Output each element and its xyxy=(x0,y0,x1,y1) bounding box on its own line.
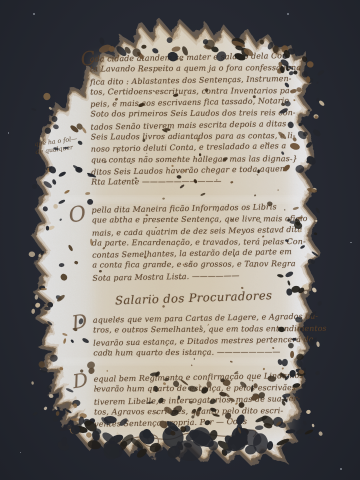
paragraph-1: C ada cidade atandem se mater e salario … xyxy=(90,51,302,189)
paragraph-4: D equal bem Regimento e confirmação que … xyxy=(94,370,305,429)
flourished-initial: D xyxy=(70,310,88,334)
margin-note: que ha o fol—de qualquer xyxy=(34,134,92,157)
photo-backdrop: que ha o fol—de qualquer C ada cidade at… xyxy=(0,0,360,480)
flourished-initial: D xyxy=(71,369,89,393)
flourished-initial: O xyxy=(67,201,88,227)
handwriting-layer: que ha o fol—de qualquer C ada cidade at… xyxy=(0,0,360,480)
handwritten-line: Rta Latente —————————— xyxy=(91,175,301,188)
paragraph-3: D aqueles que vem para Cartas de Lagere,… xyxy=(93,312,304,360)
handwritten-line: Sota para Mostra Lista. —————— xyxy=(92,269,302,284)
handwritten-line: cada hum quarto des istança. ———————— xyxy=(93,346,303,359)
paragraph-2-lines: pella dita Maneira ficão Informados os L… xyxy=(92,202,303,284)
paragraph-3-lines: aqueles que vem para Cartas de Lagere, e… xyxy=(93,312,304,360)
paragraph-1-lines: ada cidade atandem se mater e salario de… xyxy=(90,51,302,189)
handwritten-line: ventes Sentença propria. Por — Colis xyxy=(94,415,304,430)
paragraph-4-lines: equal bem Regimento e confirmação que Li… xyxy=(94,370,305,429)
section-heading: Salario dos Procuradores xyxy=(89,287,299,308)
paragraph-2: O pella dita Maneira ficão Informados os… xyxy=(92,202,303,284)
